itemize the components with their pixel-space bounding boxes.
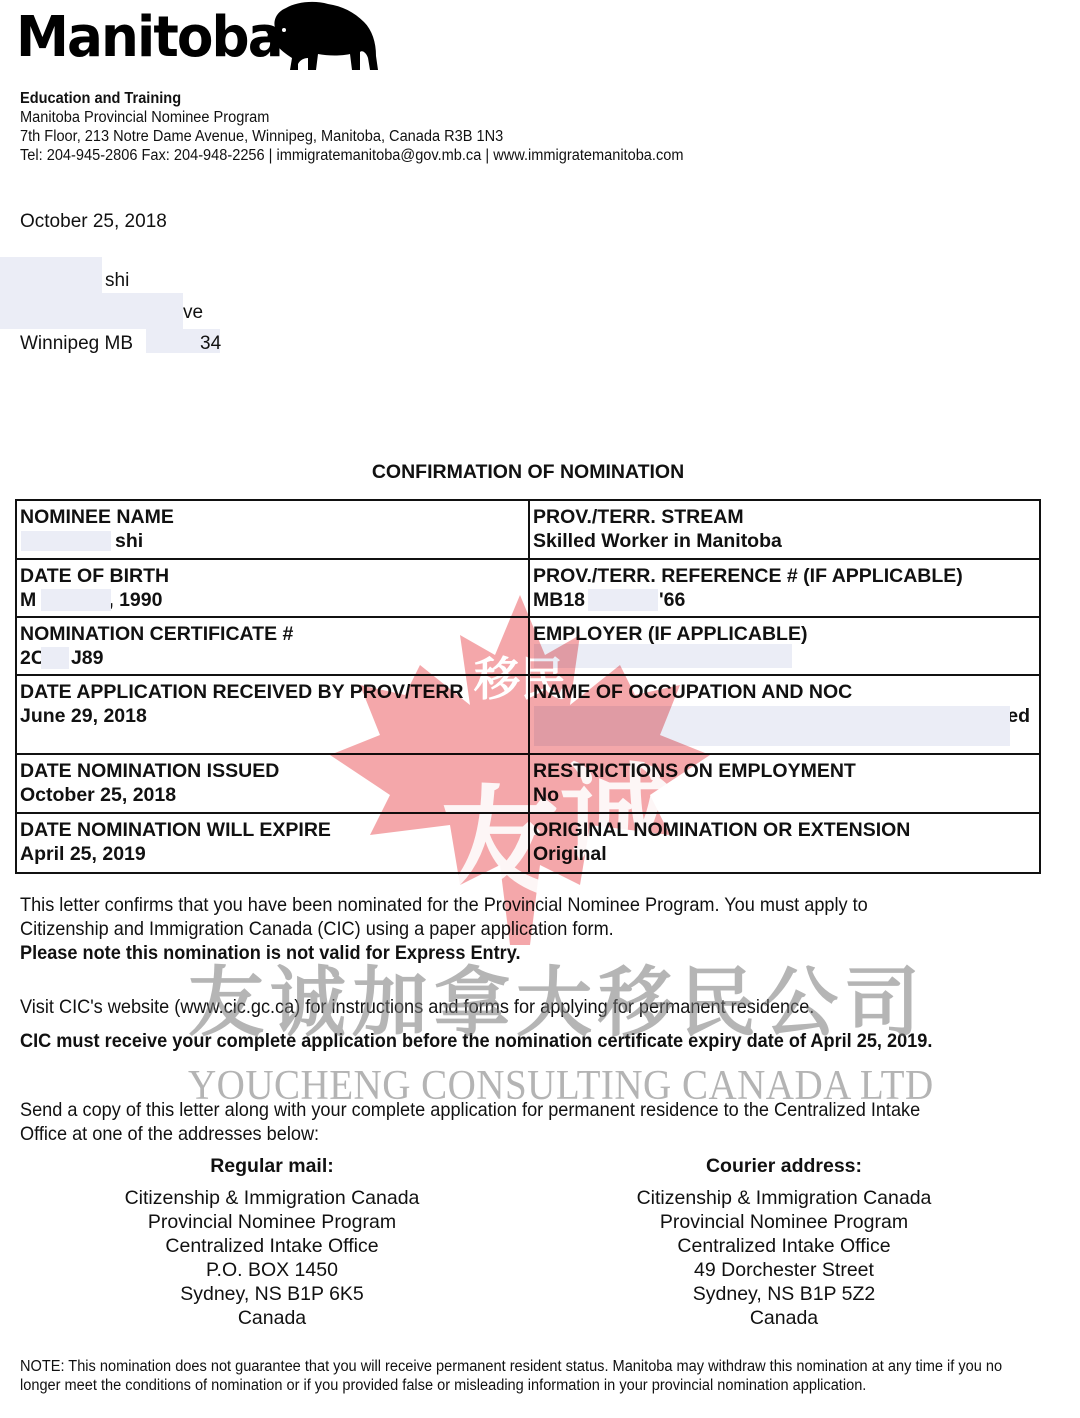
- address-line: Sydney, NS B1P 5Z2: [574, 1282, 994, 1306]
- field-value: June 29, 2018: [20, 704, 525, 728]
- value-suffix: '66: [659, 589, 685, 611]
- value-prefix: MB18: [533, 589, 585, 611]
- field-label: DATE NOMINATION WILL EXPIRE: [20, 818, 525, 842]
- field-label: DATE OF BIRTH: [20, 564, 525, 588]
- regular-mail-heading: Regular mail:: [62, 1154, 482, 1178]
- field-label: RESTRICTIONS ON EMPLOYMENT: [533, 759, 1036, 783]
- disclaimer-note: NOTE: This nomination does not guarantee…: [20, 1357, 1035, 1395]
- cell-expiry-date: DATE NOMINATION WILL EXPIRE April 25, 20…: [17, 814, 530, 872]
- confirmation-text: This letter confirms that you have been …: [20, 893, 950, 941]
- redaction-block: [588, 589, 658, 611]
- redaction-block: [0, 293, 183, 329]
- contact-line: Tel: 204-945-2806 Fax: 204-948-2256 | im…: [20, 146, 683, 165]
- recipient-postal-partial: 34: [200, 333, 221, 355]
- program-name: Manitoba Provincial Nominee Program: [20, 108, 269, 127]
- regular-mail-address: Regular mail: Citizenship & Immigration …: [62, 1154, 482, 1330]
- cell-nominee-name: NOMINEE NAME shi: [17, 501, 530, 560]
- cell-reference-number: PROV./TERR. REFERENCE # (IF APPLICABLE) …: [530, 560, 1039, 618]
- manitoba-logo-wordmark: Manitoba: [16, 10, 282, 66]
- field-value: October 25, 2018: [20, 783, 525, 807]
- value-prefix: M: [20, 589, 36, 611]
- redaction-block: [0, 257, 102, 293]
- address-line: P.O. BOX 1450: [62, 1258, 482, 1282]
- field-value: Skilled Worker in Manitoba: [533, 529, 1036, 553]
- field-value: April 25, 2019: [20, 842, 525, 866]
- courier-address: Courier address: Citizenship & Immigrati…: [574, 1154, 994, 1330]
- field-label: PROV./TERR. REFERENCE # (IF APPLICABLE): [533, 564, 1036, 588]
- cell-date-of-birth: DATE OF BIRTH M, 1990: [17, 560, 530, 618]
- letter-date: October 25, 2018: [20, 211, 167, 233]
- cell-employer: EMPLOYER (IF APPLICABLE): [530, 618, 1039, 676]
- value-suffix: , 1990: [108, 589, 162, 611]
- recipient-city: Winnipeg MB: [20, 333, 133, 355]
- value-suffix: J89: [71, 647, 104, 669]
- address-line: Provincial Nominee Program: [574, 1210, 994, 1234]
- cell-stream: PROV./TERR. STREAM Skilled Worker in Man…: [530, 501, 1039, 560]
- express-entry-note: Please note this nomination is not valid…: [20, 942, 521, 964]
- field-label: NAME OF OCCUPATION AND NOC: [533, 680, 1036, 704]
- field-label: NOMINATION CERTIFICATE #: [20, 622, 525, 646]
- address-line: Centralized Intake Office: [574, 1234, 994, 1258]
- department-name: Education and Training: [20, 89, 181, 108]
- visit-cic-paragraph: Visit CIC's website (www.cic.gc.ca) for …: [20, 995, 950, 1019]
- address-line: Provincial Nominee Program: [62, 1210, 482, 1234]
- address-line: Citizenship & Immigration Canada: [574, 1186, 994, 1210]
- bison-logo-icon: [262, 0, 380, 72]
- field-label: DATE APPLICATION RECEIVED BY PROV/TERR: [20, 680, 525, 704]
- cell-nomination-type: ORIGINAL NOMINATION OR EXTENSION Origina…: [530, 814, 1039, 872]
- address-line: Citizenship & Immigration Canada: [62, 1186, 482, 1210]
- nomination-details-table: NOMINEE NAME shi PROV./TERR. STREAM Skil…: [15, 499, 1041, 874]
- cell-date-issued: DATE NOMINATION ISSUED October 25, 2018: [17, 755, 530, 814]
- courier-heading: Courier address:: [574, 1154, 994, 1178]
- redaction-block: [534, 706, 1010, 746]
- cell-date-received: DATE APPLICATION RECEIVED BY PROV/TERR J…: [17, 676, 530, 755]
- field-label: NOMINEE NAME: [20, 505, 525, 529]
- redaction-block: [41, 647, 69, 669]
- field-label: PROV./TERR. STREAM: [533, 505, 1036, 529]
- deadline-paragraph: CIC must receive your complete applicati…: [20, 1029, 950, 1053]
- address-line: 49 Dorchester Street: [574, 1258, 994, 1282]
- cell-certificate-number: NOMINATION CERTIFICATE # 2CJ89: [17, 618, 530, 676]
- cell-employment-restrictions: RESTRICTIONS ON EMPLOYMENT No: [530, 755, 1039, 814]
- address-line: Centralized Intake Office: [62, 1234, 482, 1258]
- redaction-block: [534, 644, 792, 668]
- recipient-street: ve: [183, 302, 203, 324]
- field-value: Original: [533, 842, 1036, 866]
- recipient-name: shi: [105, 270, 129, 292]
- address-line: Canada: [62, 1306, 482, 1330]
- redaction-block: [41, 589, 111, 611]
- field-value: 2CJ89: [20, 646, 525, 670]
- redaction-block: [21, 531, 111, 551]
- address-line: Canada: [574, 1306, 994, 1330]
- document-title: CONFIRMATION OF NOMINATION: [0, 461, 1056, 484]
- cell-occupation-noc: NAME OF OCCUPATION AND NOC ed: [530, 676, 1039, 755]
- address-line: Sydney, NS B1P 6K5: [62, 1282, 482, 1306]
- field-label: EMPLOYER (IF APPLICABLE): [533, 622, 1036, 646]
- office-address: 7th Floor, 213 Notre Dame Avenue, Winnip…: [20, 127, 503, 146]
- field-label: ORIGINAL NOMINATION OR EXTENSION: [533, 818, 1036, 842]
- field-label: DATE NOMINATION ISSUED: [20, 759, 525, 783]
- send-copy-paragraph: Send a copy of this letter along with yo…: [20, 1098, 950, 1146]
- confirmation-paragraph: This letter confirms that you have been …: [20, 893, 950, 965]
- field-value: No: [533, 783, 1036, 807]
